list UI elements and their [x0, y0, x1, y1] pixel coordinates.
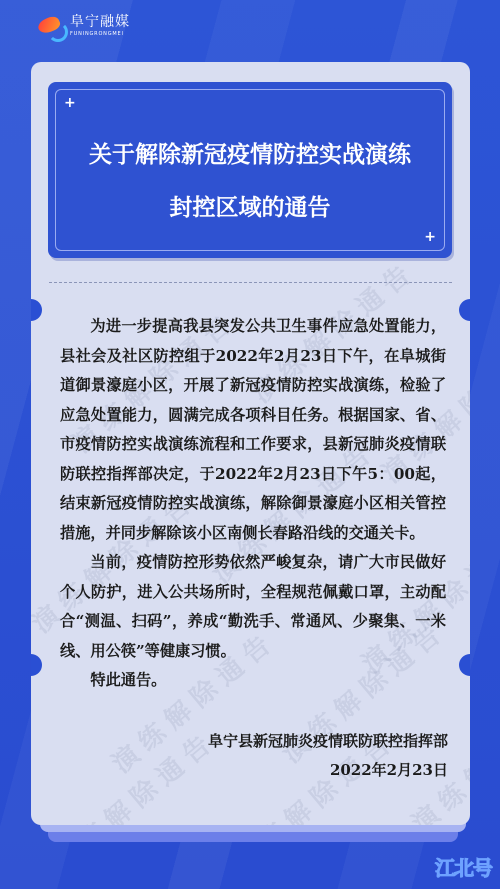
notice-paragraph: 为进一步提高我县突发公共卫生事件应急处置能力，县社会及社区防控组于2022年2月…: [60, 312, 446, 548]
issuer-signature: 阜宁县新冠肺炎疫情联防联控指挥部: [208, 730, 448, 751]
brand-name-cn: 阜宁融媒: [70, 14, 130, 30]
notice-paragraph: 当前，疫情防控形势依然严峻复杂，请广大市民做好个人防护，进入公共场所时，全程规范…: [60, 548, 446, 666]
title-banner: + + 关于解除新冠疫情防控实战演练 封控区域的通告: [48, 82, 452, 258]
ticket-notch: [459, 299, 470, 321]
ticket-notch: [31, 299, 42, 321]
page-title-line2: 封控区域的通告: [48, 189, 452, 222]
brand-logo: 阜宁融媒 FUNINGRONGMEI: [36, 14, 130, 38]
ticket-notch: [31, 654, 42, 676]
plus-sparkle-icon: +: [64, 96, 76, 110]
dashed-divider: [49, 282, 452, 283]
watermark-text: 演练解除通告: [403, 681, 470, 825]
title-banner-border: [55, 89, 445, 251]
platform-watermark: 江北号: [435, 852, 492, 881]
page-title-line1: 关于解除新冠疫情防控实战演练: [48, 136, 452, 169]
ticket-notch: [459, 654, 470, 676]
notice-body: 为进一步提高我县突发公共卫生事件应急处置能力，县社会及社区防控组于2022年2月…: [60, 312, 446, 696]
plus-sparkle-icon: +: [424, 230, 436, 244]
feather-swoosh-icon: [36, 14, 64, 38]
brand-name-en: FUNINGRONGMEI: [70, 30, 130, 38]
watermark-text: 演练解除通告: [43, 721, 223, 825]
notice-paragraph: 特此通告。: [60, 666, 446, 696]
issue-date: 2022年2月23日: [330, 759, 448, 780]
notice-card: 演练解除通告 演练解除通告 演练解除通告 演练解除通告 演练解除通告 演练解除通…: [31, 62, 470, 825]
